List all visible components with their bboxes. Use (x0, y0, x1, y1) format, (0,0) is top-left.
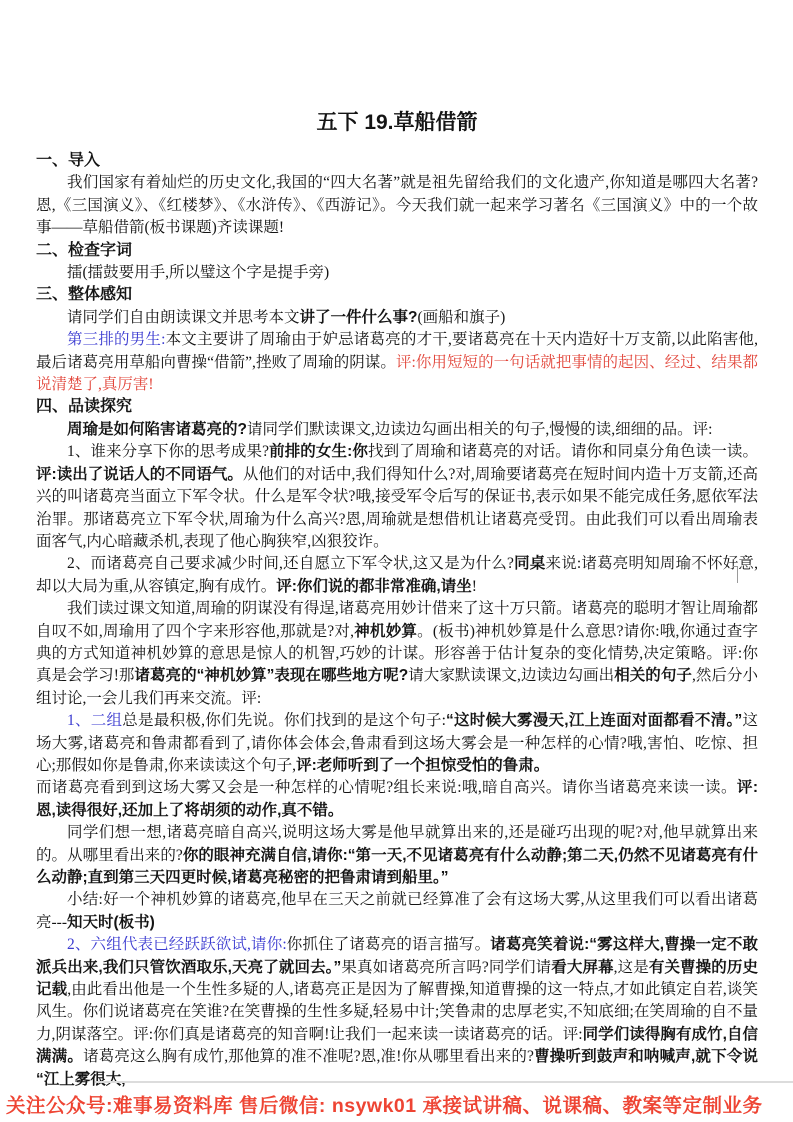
text-run: 你抓住了诸葛亮的语言描写。 (287, 936, 491, 953)
footer-watermark-text: 关注公众号:难事易资料库 售后微信: nsywk01 承接试讲稿、说课稿、教案等… (6, 1090, 793, 1118)
paragraph: 2、六组代表已经跃跃欲试,请你:你抓住了诸葛亮的语言描写。诸葛亮笑着说:“雾这样… (36, 934, 758, 1091)
text-run: 二、检查字词 (36, 242, 132, 259)
section-heading: 三、整体感知 (36, 284, 758, 306)
paragraph: 我们读过课文知道,周瑜的阴谋没有得逞,诸葛亮用妙计借来了这十万只箭。诸葛亮的聪明… (36, 598, 758, 710)
text-run: 诸葛亮这么胸有成竹,那他算的准不准呢?恩,准!你从哪里看出来的? (83, 1048, 534, 1065)
text-run: 知天时(板书) (67, 914, 155, 931)
text-run: 请大家默读课文,边读边勾画出 (408, 667, 614, 684)
text-run: 擂(擂鼓要用手,所以璧这个字是提手旁) (67, 264, 329, 281)
text-run: 果真如诸葛亮所言吗?同学们请 (341, 959, 551, 976)
text-run: 五下 19.草船借箭 (316, 111, 477, 134)
text-run: 第三排的男生: (67, 331, 165, 348)
footer-divider-line (95, 1081, 793, 1083)
paragraph: 第三排的男生:本文主要讲了周瑜由于妒忌诸葛亮的才干,要诸葛亮在十天内造好十万支箭… (36, 329, 758, 396)
document-body: 五下 19.草船借箭一、导入我们国家有着灿烂的历史文化,我国的“四大名著”就是祖… (36, 110, 758, 1091)
paragraph: 1、谁来分享下你的思考成果?前排的女生:你找到了周瑜和诸葛亮的对话。请你和同桌分… (36, 441, 758, 553)
text-run: 同桌 (514, 555, 546, 572)
section-heading: 四、品读探究 (36, 396, 758, 418)
section-heading: 二、检查字词 (36, 240, 758, 262)
text-run: 四、品读探究 (36, 398, 132, 415)
text-run: 而诸葛亮看到到这场大雾又会是一种怎样的心情呢?组长来说:哦,暗自高兴。请你当诸葛… (36, 779, 737, 796)
text-run: 2、而诸葛亮自己要求减少时间,还自愿立下军令状,这又是为什么? (67, 555, 514, 572)
text-run: 请同学们自由朗读课文并思考本文 (67, 309, 300, 326)
text-run: 评:老师听到了一个担惊受怕的鲁肃。 (296, 757, 549, 774)
text-run: 2、六组代表已经跃跃欲试,请你: (67, 936, 287, 953)
paragraph: 我们国家有着灿烂的历史文化,我国的“四大名著”就是祖先留给我们的文化遗产,你知道… (36, 172, 758, 239)
text-run: ! (472, 578, 477, 595)
text-run: 我们国家有着灿烂的历史文化,我国的“四大名著”就是祖先留给我们的文化遗产,你知道… (36, 174, 758, 236)
text-run: 相关的句子 (614, 667, 692, 684)
text-run: 前排的女生:你 (269, 443, 368, 460)
paragraph: 1、二组总是最积极,你们先说。你们找到的是这个句子:“这时候大雾漫天,江上连面对… (36, 710, 758, 777)
paragraph: 周瑜是如何陷害诸葛亮的?请同学们默读课文,边读边勾画出相关的句子,慢慢的读,细细… (36, 419, 758, 441)
text-run: 神机妙算 (354, 623, 417, 640)
section-heading: 一、导入 (36, 150, 758, 172)
text-cursor (737, 566, 738, 583)
text-run: 一、导入 (36, 152, 100, 169)
text-run: 总是最积极,你们先说。你们找到的是这个句子: (122, 712, 446, 729)
text-run: 诸葛亮的“神机妙算”表现在哪些地方呢? (134, 667, 408, 684)
text-run: 看大屏幕 (551, 959, 613, 976)
text-run: 评:你们说的都非常准确,请坐 (276, 578, 471, 595)
paragraph: 2、而诸葛亮自己要求减少时间,还自愿立下军令状,这又是为什么?同桌来说:诸葛亮明… (36, 553, 758, 598)
document-page: 五下 19.草船借箭一、导入我们国家有着灿烂的历史文化,我国的“四大名著”就是祖… (0, 0, 793, 1122)
document-title: 五下 19.草船借箭 (36, 110, 758, 136)
paragraph: 请同学们自由朗读课文并思考本文讲了一件什么事?(画船和旗子) (36, 307, 758, 329)
text-run: (画船和旗子) (417, 309, 505, 326)
paragraph: 小结:好一个神机妙算的诸葛亮,他早在三天之前就已经算准了会有这场大雾,从这里我们… (36, 889, 758, 934)
text-run: 周瑜是如何陷害诸葛亮的? (67, 421, 247, 438)
paragraph: 同学们想一想,诸葛亮暗自高兴,说明这场大雾是他早就算出来的,还是碰巧出现的呢?对… (36, 822, 758, 889)
paragraph: 擂(擂鼓要用手,所以璧这个字是提手旁) (36, 262, 758, 284)
text-run: 讲了一件什么事? (300, 309, 418, 326)
text-run: 请同学们默读课文,边读边勾画出相关的句子,慢慢的读,细细的品。评: (247, 421, 712, 438)
text-run: 找到了周瑜和诸葛亮的对话。请你和同桌分角色读一读。 (368, 443, 758, 460)
text-run: 1、二组 (67, 712, 122, 729)
text-run: “这时候大雾漫天,江上连面对面都看不清。” (446, 712, 742, 729)
text-run: 评:读出了说话人的不同语气。 (36, 466, 243, 483)
text-run: 1、谁来分享下你的思考成果? (67, 443, 269, 460)
paragraph: 而诸葛亮看到到这场大雾又会是一种怎样的心情呢?组长来说:哦,暗自高兴。请你当诸葛… (36, 777, 758, 822)
text-run: ,这是 (614, 959, 649, 976)
text-run: 三、整体感知 (36, 286, 132, 303)
